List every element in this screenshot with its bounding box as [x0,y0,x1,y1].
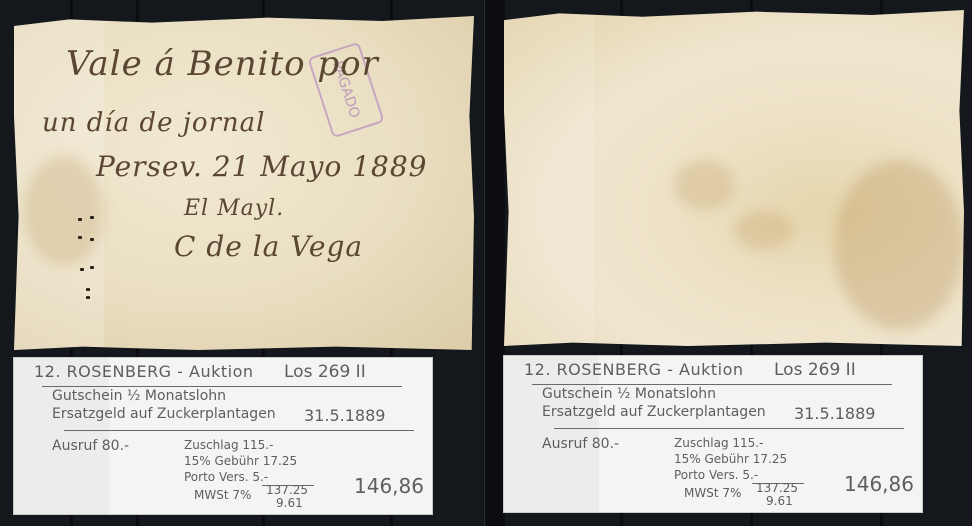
postage: Porto Vers. 5.- [674,468,758,482]
total: 146,86 [844,472,914,496]
rule [532,384,892,385]
rule [42,386,402,387]
stain [674,160,734,210]
perforation-marks [76,216,116,306]
label-shade [504,356,599,512]
subtotal: 137.25 [266,483,308,497]
date: 31.5.1889 [794,404,875,423]
description-line-2: Ersatzgeld auf Zuckerplantagen [52,406,276,422]
stain [834,160,964,330]
voucher-front: PAGADO Vale á Benito por un día de jorna… [14,16,474,350]
hammer-price: Zuschlag 115.- [674,436,763,450]
auction-label-back: 12. ROSENBERG - Auktion Los 269 II Gutsc… [504,356,922,512]
script-line-1: Vale á Benito por [66,44,379,84]
fold-highlight [504,10,594,346]
script-line-2: un día de jornal [42,108,265,138]
postage: Porto Vers. 5.- [184,470,268,484]
auction-header: 12. ROSENBERG - Auktion [524,360,744,379]
auction-header: 12. ROSENBERG - Auktion [34,362,254,381]
fee: 15% Gebühr 17.25 [184,454,297,468]
vat-label: MWSt 7% [194,488,251,502]
description-line-2: Ersatzgeld auf Zuckerplantagen [542,404,766,420]
stain [734,210,794,250]
description-line-1: Gutschein ½ Monatslohn [52,388,226,404]
vat-label: MWSt 7% [684,486,741,500]
rule [554,428,904,429]
script-line-3: Persev. 21 Mayo 1889 [96,150,428,183]
starting-price: Ausruf 80.- [52,438,129,454]
lot-number: Los 269 II [774,360,856,380]
vat-amount: 9.61 [276,496,303,510]
subtotal: 137.25 [756,481,798,495]
center-divider [484,0,505,526]
date: 31.5.1889 [304,406,385,425]
lot-number: Los 269 II [284,362,366,382]
fee: 15% Gebühr 17.25 [674,452,787,466]
vat-amount: 9.61 [766,494,793,508]
label-shade [14,358,109,514]
auction-label-front: 12. ROSENBERG - Auktion Los 269 II Gutsc… [14,358,432,514]
total: 146,86 [354,474,424,498]
voucher-back [504,10,964,346]
signature: C de la Vega [174,230,363,263]
rule [64,430,414,431]
starting-price: Ausruf 80.- [542,436,619,452]
description-line-1: Gutschein ½ Monatslohn [542,386,716,402]
hammer-price: Zuschlag 115.- [184,438,273,452]
script-line-4: El Mayl. [184,196,284,221]
